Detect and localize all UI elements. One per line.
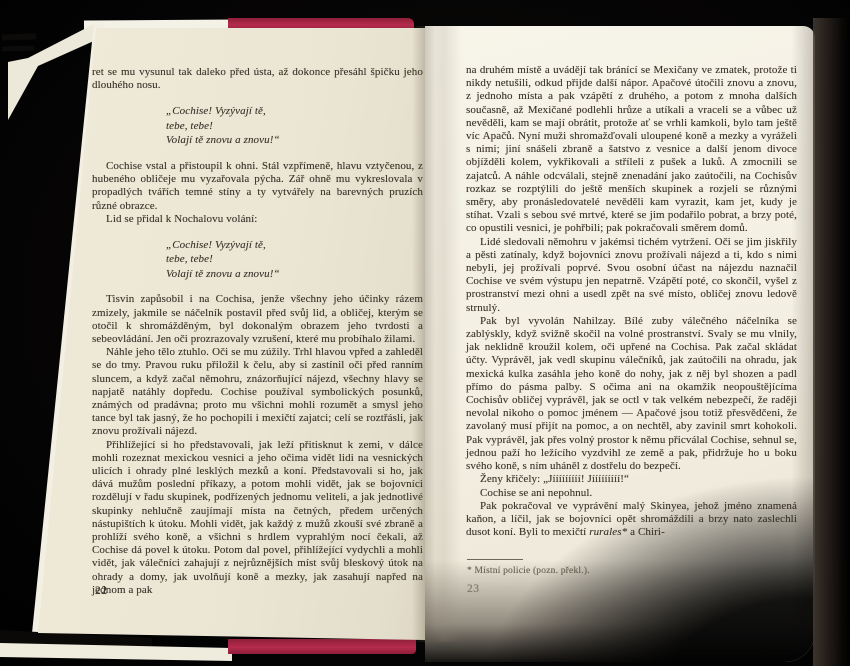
- verse-line: Volají tě znovu a znovu!“: [166, 133, 423, 148]
- page-number-right: 23: [467, 583, 480, 595]
- paragraph: Náhle jeho tělo ztuhlo. Oči se mu zúžily…: [92, 346, 423, 438]
- paragraph: Pak byl vyvolán Nahilzay. Bílé zuby vále…: [466, 315, 797, 473]
- verse-block: „Cochise! Vyzývají tě, tebe, tebe! Volaj…: [166, 238, 423, 282]
- page-number-left: 22: [95, 585, 108, 597]
- paragraph: Lidé sledovali němohru v jakémsi tichém …: [466, 236, 797, 315]
- paragraph: Přihlížející si ho představovali, jak le…: [92, 439, 423, 597]
- footnote-rule: [467, 559, 523, 560]
- paragraph: Cochise vstal a přistoupil k ohni. Stál …: [92, 160, 423, 213]
- paragraph: Tisvin zapůsobil i na Cochisa, jenže vše…: [92, 293, 423, 346]
- red-cover-band-bottom: [228, 639, 416, 654]
- right-page-text: na druhém místě a uvádějí tak bránící se…: [466, 64, 797, 539]
- cover-edge-line: [2, 46, 34, 52]
- right-page-edge-shadow: [813, 18, 850, 666]
- verse-line: tebe, tebe!: [166, 119, 423, 134]
- paragraph-opening: ret se mu vysunul tak daleko před ústa, …: [92, 66, 423, 92]
- verse-line: „Cochise! Vyzývají tě,: [166, 104, 423, 119]
- left-page-text: ret se mu vysunul tak daleko před ústa, …: [92, 66, 423, 597]
- verse-line: „Cochise! Vyzývají tě,: [166, 238, 423, 253]
- footnote: * Místní policie (pozn. překl.).: [467, 566, 767, 576]
- verse-line: tebe, tebe!: [166, 252, 423, 267]
- cover-edge-line: [2, 34, 36, 41]
- book-photo-scene: ret se mu vysunul tak daleko před ústa, …: [0, 0, 850, 666]
- paragraph: Ženy křičely: „Jííííííííí! Jííííííííí!“: [466, 473, 797, 486]
- paragraph-opening: na druhém místě a uvádějí tak bránící se…: [466, 64, 797, 236]
- paragraph: Cochise se ani nepohnul.: [466, 487, 797, 500]
- paragraph: Pak pokračoval ve vyprávění malý Skinyea…: [466, 500, 797, 540]
- verse-line: Volají tě znovu a znovu!“: [166, 267, 423, 282]
- paragraph-segment: a Chiri-: [627, 526, 665, 538]
- paragraph: Lid se přidal k Nochalovu volání:: [92, 213, 423, 226]
- italic-word-rurales: rurales*: [589, 526, 627, 538]
- verse-block: „Cochise! Vyzývají tě, tebe, tebe! Volaj…: [166, 104, 423, 148]
